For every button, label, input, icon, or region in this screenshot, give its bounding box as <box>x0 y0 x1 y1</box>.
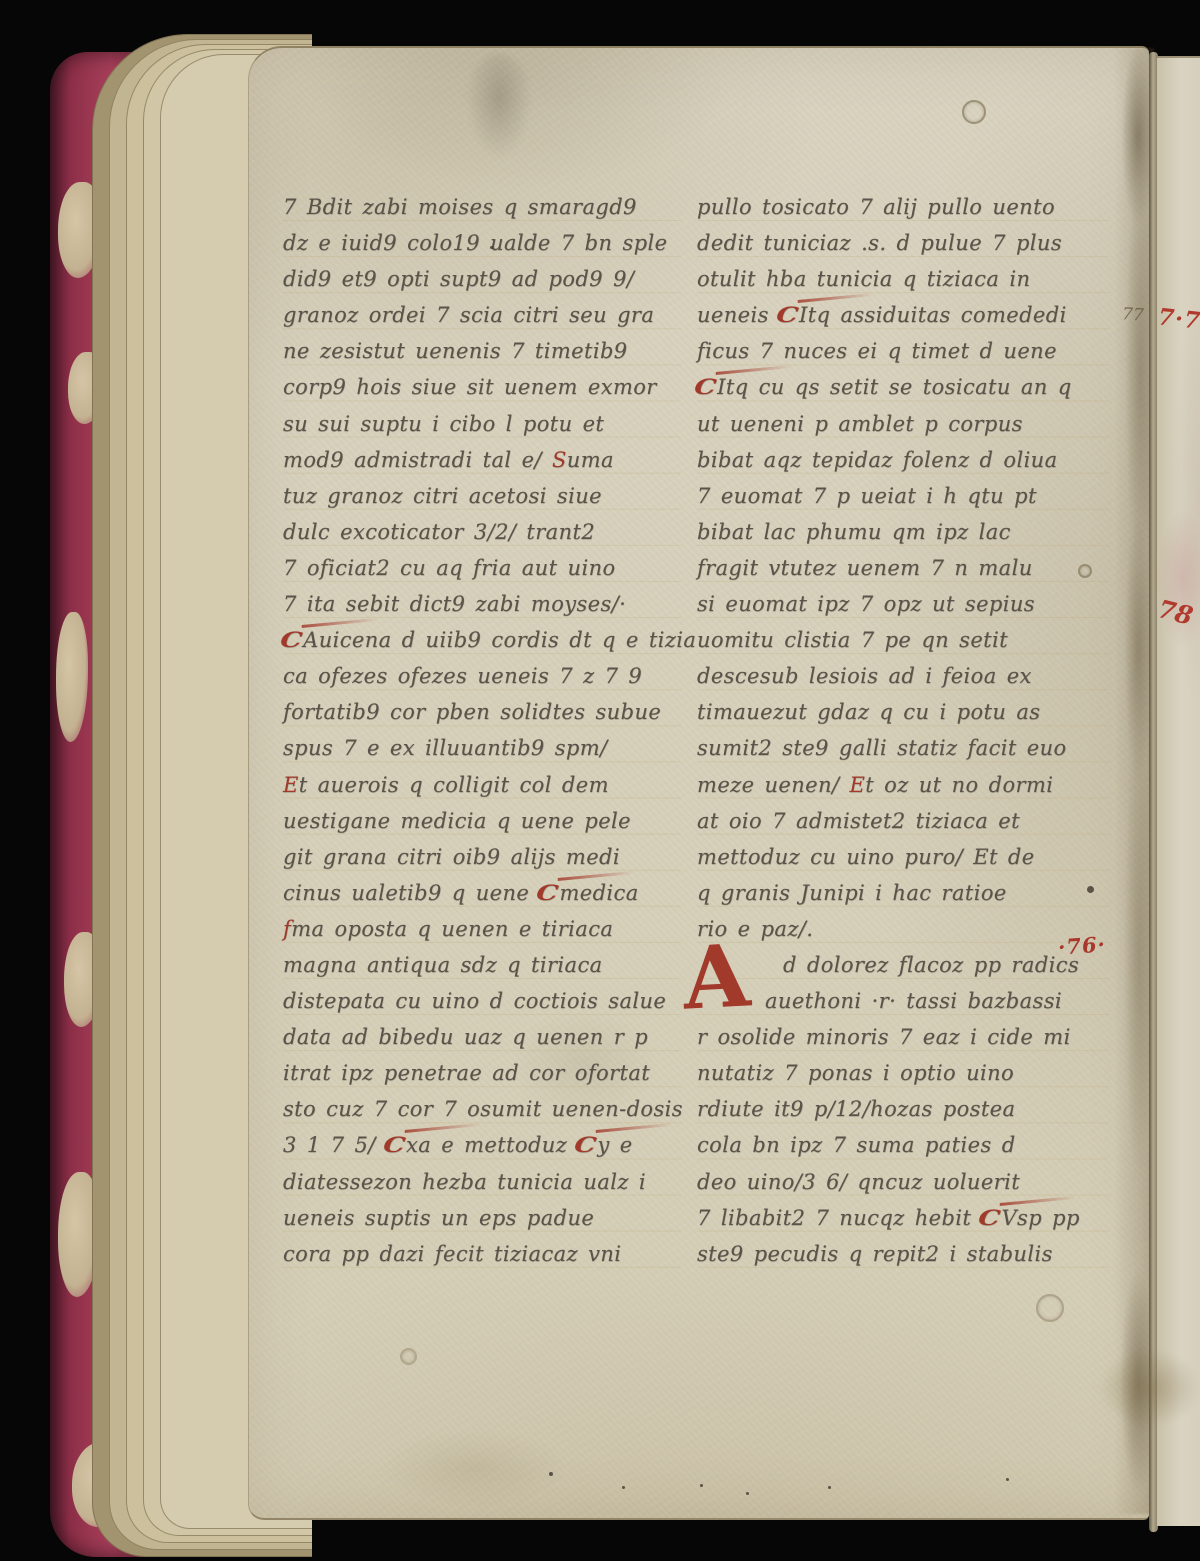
margin-paragraph-number: ·76· <box>1057 931 1106 959</box>
line-text: dulc excoticator 3/2/ trant2 <box>283 520 595 544</box>
line-text: Itq cu qs setit se tosicatu an q <box>717 375 1072 399</box>
line-text: otulit hba tunicia q tiziaca in <box>697 267 1030 291</box>
text-line: cora pp dazi fecit tiziacaz vni <box>283 1236 681 1272</box>
text-line: spus 7 e ex illuuantib9 spm/ <box>283 730 681 766</box>
text-line: 7 Bdit zabi moises q smaragd9 <box>283 189 681 225</box>
text-line: 3 1 7 5/ Cxa e mettoduz Cy e <box>283 1127 681 1163</box>
line-text: ne zesistut uenenis 7 timetib9 <box>283 339 628 363</box>
line-text: tuz granoz citri acetosi siue <box>283 484 602 508</box>
text-line: ueneis suptis un eps padue <box>283 1200 681 1236</box>
line-text: mod9 admistradi tal e/ <box>283 448 552 472</box>
stain <box>464 54 534 164</box>
line-text: dz e iuid9 colo19 ualde 7 bn sple <box>283 231 667 255</box>
paragraph-mark: C <box>976 1200 1003 1236</box>
line-text: fortatib9 cor pben solidtes subue <box>283 700 661 724</box>
paragraph-mark: C <box>692 369 719 405</box>
text-line: 7 oficiat2 cu aq fria aut uino <box>283 550 681 586</box>
text-line: Ad dolorez flacoz pp radics <box>697 947 1109 983</box>
line-text: uomitu clistia 7 pe qn setit <box>697 628 1008 652</box>
line-text: git grana citri oib9 alijs medi <box>283 845 620 869</box>
line-text: t auerois q colligit col dem <box>299 773 609 797</box>
text-line: rio e paz/. <box>697 911 1109 947</box>
line-text: ca ofezes ofezes ueneis 7 z 7 9 <box>283 664 642 688</box>
line-text: ste9 pecudis q repit2 i stabulis <box>697 1242 1053 1266</box>
text-column-left: 7 Bdit zabi moises q smaragd9dz e iuid9 … <box>283 189 681 1279</box>
line-text: bibat aqz tepidaz folenz d oliua <box>697 448 1058 472</box>
text-line: uomitu clistia 7 pe qn setit <box>697 622 1109 658</box>
text-line: bibat aqz tepidaz folenz d oliua <box>697 442 1109 478</box>
line-text: r osolide minoris 7 eaz i cide mi <box>697 1025 1071 1049</box>
rubricated-letter: E <box>850 773 866 797</box>
text-line: auethoni ·r· tassi bazbassi <box>697 983 1109 1019</box>
text-line: data ad bibedu uaz q uenen r p <box>283 1019 681 1055</box>
text-line: sumit2 ste9 galli statiz facit euo <box>697 730 1109 766</box>
photo-backdrop: 7 Bdit zabi moises q smaragd9dz e iuid9 … <box>0 0 1200 1561</box>
line-text: q granis Junipi i hac ratioe <box>697 881 1007 905</box>
line-text: deo uino/3 6/ qncuz uoluerit <box>697 1170 1020 1194</box>
line-text: bibat lac phumu qm ipz lac <box>697 520 1011 544</box>
line-text: ueneis <box>697 303 779 327</box>
text-line: otulit hba tunicia q tiziaca in <box>697 261 1109 297</box>
text-line: magna antiqua sdz q tiriaca <box>283 947 681 983</box>
text-line: dulc excoticator 3/2/ trant2 <box>283 514 681 550</box>
text-column-right: pullo tosicato 7 alij pullo uentodedit t… <box>697 189 1109 1279</box>
text-line: diatessezon hezba tunicia ualz i <box>283 1164 681 1200</box>
text-line: ueneis CItq assiduitas comededi <box>697 297 1109 333</box>
wormhole-mark <box>1078 564 1092 578</box>
paragraph-mark: C <box>381 1127 408 1163</box>
text-line: mettoduz cu uino puro/ Et de <box>697 839 1109 875</box>
wormhole-mark <box>1036 1294 1064 1322</box>
paragraph-mark: C <box>534 875 561 911</box>
line-text: cora pp dazi fecit tiziacaz vni <box>283 1242 621 1266</box>
line-text: sumit2 ste9 galli statiz facit euo <box>697 736 1067 760</box>
next-page-sliver: 7·7· 78 <box>1157 56 1200 1526</box>
text-line: git grana citri oib9 alijs medi <box>283 839 681 875</box>
next-page-folio-number-top: 7·7· <box>1157 303 1200 335</box>
line-text: auethoni ·r· tassi bazbassi <box>765 989 1062 1013</box>
text-line: q granis Junipi i hac ratioe <box>697 875 1109 911</box>
text-line: ut ueneni p amblet p corpus <box>697 406 1109 442</box>
line-text: at oio 7 admistet2 tiziaca et <box>697 809 1020 833</box>
line-text: ficus 7 nuces ei q timet d uene <box>697 339 1057 363</box>
text-line: cola bn ipz 7 suma paties d <box>697 1127 1109 1163</box>
text-line: CAuicena d uiib9 cordis dt q e tizia <box>283 622 681 658</box>
line-text: Itq assiduitas comededi <box>799 303 1067 327</box>
line-text: fragit vtutez uenem 7 n malu <box>697 556 1033 580</box>
text-line: bibat lac phumu qm ipz lac <box>697 514 1109 550</box>
text-line: meze uenen/ Et oz ut no dormi <box>697 767 1109 803</box>
text-line: rdiute it9 p/12/hozas postea <box>697 1091 1109 1127</box>
next-page-stain <box>1097 1348 1200 1428</box>
ink-speck <box>622 1486 625 1489</box>
text-line: granoz ordei 7 scia citri seu gra <box>283 297 681 333</box>
wormhole-mark <box>400 1348 417 1365</box>
line-text: si euomat ipz 7 opz ut sepius <box>697 592 1035 616</box>
line-text: did9 et9 opti supt9 ad pod9 9/ <box>283 267 634 291</box>
line-text: Vsp pp <box>1001 1206 1079 1230</box>
text-line: sto cuz 7 cor 7 osumit uenen-dosis <box>283 1091 681 1127</box>
line-text: 7 ita sebit dict9 zabi moyses/· <box>283 592 626 616</box>
text-line: uestigane medicia q uene pele <box>283 803 681 839</box>
text-line: itrat ipz penetrae ad cor ofortat <box>283 1055 681 1091</box>
text-line: tuz granoz citri acetosi siue <box>283 478 681 514</box>
line-text: ut ueneni p amblet p corpus <box>697 412 1023 436</box>
line-text: 7 euomat 7 p ueiat i h qtu pt <box>697 484 1037 508</box>
line-text: mettoduz cu uino puro/ Et de <box>697 845 1035 869</box>
line-text: 3 1 7 5/ <box>283 1133 386 1157</box>
ink-speck <box>700 1484 703 1487</box>
text-line: si euomat ipz 7 opz ut sepius <box>697 586 1109 622</box>
text-line: su sui suptu i cibo l potu et <box>283 406 681 442</box>
text-line: ficus 7 nuces ei q timet d uene <box>697 333 1109 369</box>
ink-speck <box>490 246 493 249</box>
text-line: cinus ualetib9 q uene Cmedica <box>283 875 681 911</box>
ink-speck <box>828 1486 831 1489</box>
paragraph-mark: C <box>278 622 305 658</box>
ink-speck <box>746 1492 749 1495</box>
text-line: 7 ita sebit dict9 zabi moyses/· <box>283 586 681 622</box>
text-line: dz e iuid9 colo19 ualde 7 bn sple <box>283 225 681 261</box>
text-line: corp9 hois siue sit uenem exmor <box>283 369 681 405</box>
line-text: corp9 hois siue sit uenem exmor <box>283 375 657 399</box>
text-line: ne zesistut uenenis 7 timetib9 <box>283 333 681 369</box>
text-line: deo uino/3 6/ qncuz uoluerit <box>697 1164 1109 1200</box>
line-text: d dolorez flacoz pp radics <box>783 953 1079 977</box>
line-text: sto cuz 7 cor 7 osumit uenen-dosis <box>283 1097 683 1121</box>
line-text: diatessezon hezba tunicia ualz i <box>283 1170 646 1194</box>
line-text: 7 libabit2 7 nucqz hebit <box>697 1206 981 1230</box>
text-line: nutatiz 7 ponas i optio uino <box>697 1055 1109 1091</box>
rubricated-letter: E <box>283 773 299 797</box>
ink-speck <box>1006 1478 1009 1481</box>
line-text: cola bn ipz 7 suma paties d <box>697 1133 1016 1157</box>
gutter-faint-number: 77 <box>1121 304 1144 325</box>
line-text: itrat ipz penetrae ad cor ofortat <box>283 1061 650 1085</box>
line-text: descesub lesiois ad i feioa ex <box>697 664 1032 688</box>
text-line: at oio 7 admistet2 tiziaca et <box>697 803 1109 839</box>
line-text: cinus ualetib9 q uene <box>283 881 539 905</box>
text-line: fortatib9 cor pben solidtes subue <box>283 694 681 730</box>
line-text: nutatiz 7 ponas i optio uino <box>697 1061 1014 1085</box>
line-text: 7 Bdit zabi moises q smaragd9 <box>283 195 637 219</box>
wormhole-mark <box>962 100 986 124</box>
text-line: ste9 pecudis q repit2 i stabulis <box>697 1236 1109 1272</box>
cover-chip <box>56 612 88 742</box>
text-line: did9 et9 opti supt9 ad pod9 9/ <box>283 261 681 297</box>
text-line: ca ofezes ofezes ueneis 7 z 7 9 <box>283 658 681 694</box>
text-line: fragit vtutez uenem 7 n malu <box>697 550 1109 586</box>
line-text: ma oposta q uenen e tiriaca <box>291 917 613 941</box>
line-text: su sui suptu i cibo l potu et <box>283 412 604 436</box>
line-text: dedit tuniciaz .s. d pulue 7 plus <box>697 231 1062 255</box>
line-text: data ad bibedu uaz q uenen r p <box>283 1025 648 1049</box>
line-text: y e <box>597 1133 632 1157</box>
text-line: descesub lesiois ad i feioa ex <box>697 658 1109 694</box>
line-text: magna antiqua sdz q tiriaca <box>283 953 603 977</box>
line-text: 7 oficiat2 cu aq fria aut uino <box>283 556 616 580</box>
line-text: spus 7 e ex illuuantib9 spm/ <box>283 736 608 760</box>
line-text: ueneis suptis un eps padue <box>283 1206 594 1230</box>
text-line: fma oposta q uenen e tiriaca <box>283 911 681 947</box>
paragraph-mark: C <box>572 1127 599 1163</box>
text-line: r osolide minoris 7 eaz i cide mi <box>697 1019 1109 1055</box>
rubricated-letter: S <box>552 448 567 472</box>
text-line: pullo tosicato 7 alij pullo uento <box>697 189 1109 225</box>
line-text: pullo tosicato 7 alij pullo uento <box>697 195 1055 219</box>
text-line: timauezut gdaz q cu i potu as <box>697 694 1109 730</box>
text-line: mod9 admistradi tal e/ Suma <box>283 442 681 478</box>
line-text: meze uenen/ <box>697 773 850 797</box>
line-text: t oz ut no dormi <box>865 773 1053 797</box>
rubricated-letter: f <box>283 917 291 941</box>
text-line: distepata cu uino d coctiois salue <box>283 983 681 1019</box>
text-line: CItq cu qs setit se tosicatu an q <box>697 369 1109 405</box>
line-text: uma <box>567 448 614 472</box>
line-text: medica <box>559 881 638 905</box>
stain <box>379 1428 569 1508</box>
text-line: 7 libabit2 7 nucqz hebit CVsp pp <box>697 1200 1109 1236</box>
line-text: uestigane medicia q uene pele <box>283 809 631 833</box>
line-text: Auicena d uiib9 cordis dt q e tizia <box>303 628 696 652</box>
text-line: Et auerois q colligit col dem <box>283 767 681 803</box>
line-text: timauezut gdaz q cu i potu as <box>697 700 1040 724</box>
text-line: dedit tuniciaz .s. d pulue 7 plus <box>697 225 1109 261</box>
line-text: distepata cu uino d coctiois salue <box>283 989 666 1013</box>
ink-speck <box>1087 886 1094 893</box>
paragraph-mark: C <box>774 297 801 333</box>
text-line: 7 euomat 7 p ueiat i h qtu pt <box>697 478 1109 514</box>
line-text: rdiute it9 p/12/hozas postea <box>697 1097 1015 1121</box>
line-text: granoz ordei 7 scia citri seu gra <box>283 303 654 327</box>
line-text: xa e mettoduz <box>406 1133 577 1157</box>
ink-speck <box>549 1472 553 1476</box>
